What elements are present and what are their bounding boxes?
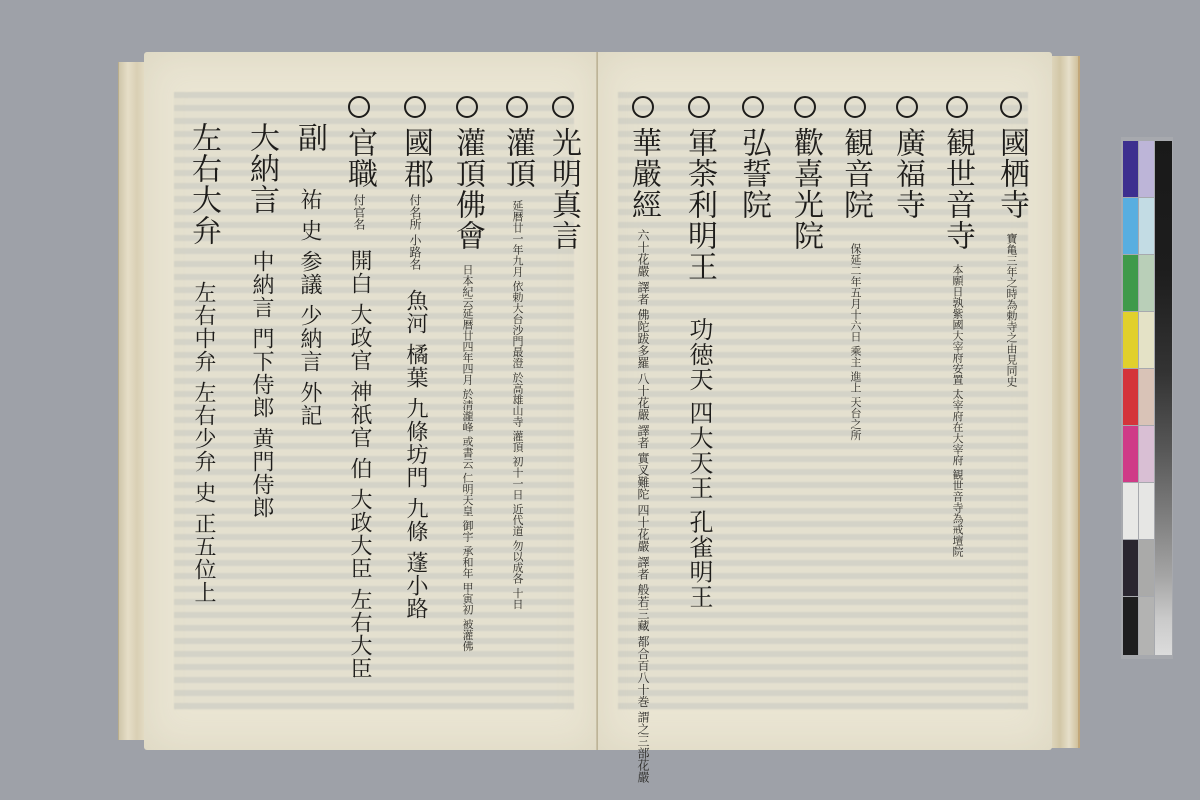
column-fuku: 副 祐 史 参議 少納言 外記 xyxy=(294,122,324,427)
column-kegon-kyō: 華嚴經 六十花嚴 譯者 佛陀跋多羅 八十花嚴 譯者 實叉難陀 四十花嚴 譯者 般… xyxy=(628,96,658,783)
column-sadaiben: 左右大弁 左右中弁 左右少弁 史 正五位上 xyxy=(188,122,218,604)
swatch-blue-violet xyxy=(1123,141,1138,197)
circle-marker-icon xyxy=(348,96,370,118)
swatch-light-green xyxy=(1139,255,1154,311)
gray-scale-ramp xyxy=(1155,141,1172,655)
swatch-light-white xyxy=(1139,483,1154,539)
swatch-white xyxy=(1123,483,1138,539)
swatch-magenta xyxy=(1123,426,1138,482)
column-kanjō-butsue: 灌頂佛會 日本紀云延暦廿四年四月 於清瀧峰 或書云 仁明天皇 御宇 承和年 甲寅… xyxy=(452,96,482,652)
book-edge-right xyxy=(1048,56,1080,748)
column-kanzeon-ji: 観世音寺 本願日孰紫國大宰府安置 太宰府在大宰府 観世音寺為戒壇院 xyxy=(942,96,972,557)
column-kanjō: 灌頂 延暦廿一年九月 依勅大台沙門最澄 於高雄山寺 灌頂 初十一日 近代道 勿以… xyxy=(502,96,532,610)
swatch-green xyxy=(1123,255,1138,311)
circle-marker-icon xyxy=(506,96,528,118)
swatch-dark xyxy=(1123,540,1138,596)
open-book: 光明真言 灌頂 延暦廿一年九月 依勅大台沙門最澄 於高雄山寺 灌頂 初十一日 近… xyxy=(118,52,1080,752)
swatch-light-red xyxy=(1139,369,1154,425)
swatch-light-violet xyxy=(1139,141,1154,197)
swatch-light-yellow xyxy=(1139,312,1154,368)
swatch-light-cyan xyxy=(1139,198,1154,254)
circle-marker-icon xyxy=(844,96,866,118)
circle-marker-icon xyxy=(632,96,654,118)
column-dainagon: 大納言 中納言 門下侍郎 黄門侍郎 xyxy=(246,122,276,519)
swatch-mid-gray xyxy=(1139,540,1154,596)
circle-marker-icon xyxy=(794,96,816,118)
swatch-cyan xyxy=(1123,198,1138,254)
column-kankikō-in: 歡喜光院 xyxy=(790,96,820,251)
circle-marker-icon xyxy=(688,96,710,118)
circle-marker-icon xyxy=(404,96,426,118)
circle-marker-icon xyxy=(456,96,478,118)
column-kanshoku: 官職 付官名 開白 大政官 神祇官 伯 大政大臣 左右大臣 xyxy=(344,96,374,680)
swatch-light-magenta xyxy=(1139,426,1154,482)
left-page: 光明真言 灌頂 延暦廿一年九月 依勅大台沙門最澄 於高雄山寺 灌頂 初十一日 近… xyxy=(144,52,598,750)
swatch-black xyxy=(1123,597,1138,655)
column-kōmyō-shingon: 光明真言 xyxy=(548,96,578,251)
column-kōfuku-ji: 廣福寺 xyxy=(892,96,922,220)
swatch-red xyxy=(1123,369,1138,425)
column-kōzei-in: 弘誓院 xyxy=(738,96,768,220)
circle-marker-icon xyxy=(946,96,968,118)
circle-marker-icon xyxy=(742,96,764,118)
circle-marker-icon xyxy=(896,96,918,118)
column-kannon-in: 観音院 保延二年五月十六日 乘主 進上 天台之所 xyxy=(840,96,870,441)
column-kokugun: 國郡 付名所 小路名 魚河 橘葉 九條坊門 九條 蓬小路 xyxy=(400,96,430,620)
circle-marker-icon xyxy=(1000,96,1022,118)
column-kokusu-ji: 國栖寺 寶亀三年之時為勅寺之由見同史 xyxy=(996,96,1026,387)
swatch-light-gray xyxy=(1139,597,1154,655)
column-gundari-myōō: 軍荼利明王 功徳天 四大天王 孔雀明王 xyxy=(684,96,714,609)
color-calibration-chart xyxy=(1121,137,1173,659)
swatch-yellow xyxy=(1123,312,1138,368)
right-page: 國栖寺 寶亀三年之時為勅寺之由見同史 観世音寺 本願日孰紫國大宰府安置 太宰府在… xyxy=(598,52,1052,750)
circle-marker-icon xyxy=(552,96,574,118)
